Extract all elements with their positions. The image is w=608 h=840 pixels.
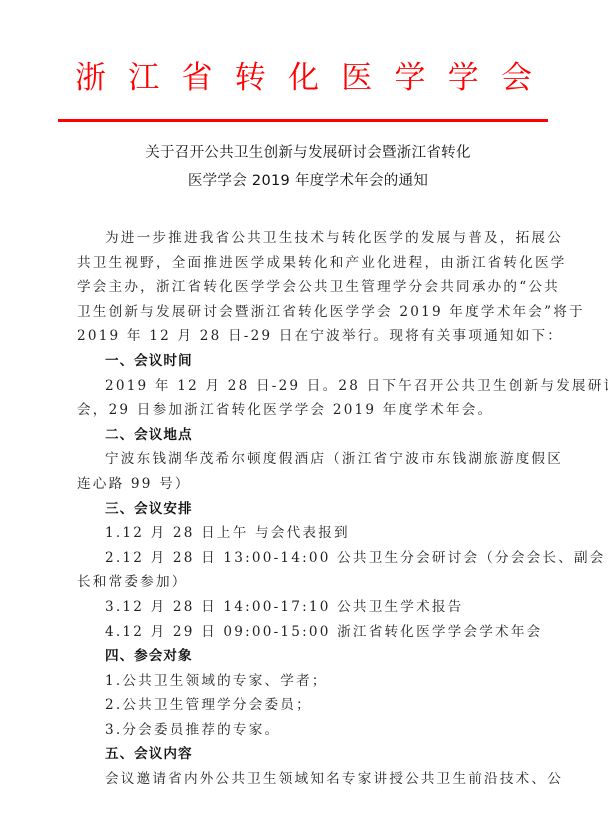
- title-line-2: 医学学会 2019 年度学术年会的通知: [0, 167, 608, 195]
- section-line: 会议邀请省内外公共卫生领域知名专家讲授公共卫生前沿技术、公: [77, 767, 517, 792]
- letterhead-char: 学: [448, 58, 479, 98]
- attendee-item: 3.分会委员推荐的专家。: [77, 718, 517, 743]
- section-heading: 三、会议安排: [77, 497, 517, 522]
- schedule-item: 2.12 月 28 日 13:00-14:00 公共卫生分会研讨会（分会会长、副…: [77, 546, 517, 571]
- letterhead-char: 江: [128, 58, 159, 98]
- letterhead-char: 省: [182, 58, 213, 98]
- intro-line: 为进一步推进我省公共卫生技术与转化医学的发展与普及，拓展公: [77, 226, 517, 251]
- document-title: 关于召开公共卫生创新与发展研讨会暨浙江省转化 医学学会 2019 年度学术年会的…: [0, 139, 608, 195]
- section-line: 宁波东钱湖华茂希尔顿度假酒店（浙江省宁波市东钱湖旅游度假区: [77, 447, 517, 472]
- letterhead-char: 医: [341, 58, 372, 98]
- schedule-item: 4.12 月 29 日 09:00-15:00 浙江省转化医学学会学术年会: [77, 620, 517, 645]
- section-meeting-content: 五、会议内容 会议邀请省内外公共卫生领域知名专家讲授公共卫生前沿技术、公: [77, 742, 517, 791]
- document-page: 浙 江 省 转 化 医 学 学 会 关于召开公共卫生创新与发展研讨会暨浙江省转化…: [0, 0, 608, 840]
- letterhead-char: 转: [235, 58, 266, 98]
- schedule-item: 1.12 月 28 日上午 与会代表报到: [77, 521, 517, 546]
- intro-line: 2019 年 12 月 28 日-29 日在宁波举行。现将有关事项通知如下：: [77, 324, 517, 349]
- letterhead-char: 学: [395, 58, 426, 98]
- section-line: 连心路 99 号）: [77, 472, 517, 497]
- letterhead-char: 化: [288, 58, 319, 98]
- document-body: 为进一步推进我省公共卫生技术与转化医学的发展与普及，拓展公 共卫生视野，全面推进…: [77, 226, 517, 792]
- intro-line: 卫生创新与发展研讨会暨浙江省转化医学学会 2019 年度学术年会”将于: [77, 300, 517, 325]
- attendee-item: 1.公共卫生领域的专家、学者；: [77, 669, 517, 694]
- section-heading: 四、参会对象: [77, 644, 517, 669]
- org-letterhead: 浙 江 省 转 化 医 学 学 会: [58, 58, 548, 98]
- section-heading: 二、会议地点: [77, 423, 517, 448]
- section-meeting-venue: 二、会议地点 宁波东钱湖华茂希尔顿度假酒店（浙江省宁波市东钱湖旅游度假区 连心路…: [77, 423, 517, 497]
- section-line: 2019 年 12 月 28 日-29 日。28 日下午召开公共卫生创新与发展研…: [77, 374, 517, 399]
- attendee-item: 2.公共卫生管理学分会委员；: [77, 693, 517, 718]
- schedule-item-continuation: 长和常委参加）: [77, 570, 517, 595]
- schedule-item: 3.12 月 28 日 14:00-17:10 公共卫生学术报告: [77, 595, 517, 620]
- letterhead-divider: [58, 119, 548, 122]
- section-meeting-time: 一、会议时间 2019 年 12 月 28 日-29 日。28 日下午召开公共卫…: [77, 349, 517, 423]
- intro-paragraph: 为进一步推进我省公共卫生技术与转化医学的发展与普及，拓展公 共卫生视野，全面推进…: [77, 226, 517, 349]
- intro-line: 学会主办，浙江省转化医学学会公共卫生管理学分会共同承办的“公共: [77, 275, 517, 300]
- section-meeting-schedule: 三、会议安排 1.12 月 28 日上午 与会代表报到 2.12 月 28 日 …: [77, 497, 517, 645]
- section-heading: 一、会议时间: [77, 349, 517, 374]
- letterhead-char: 浙: [75, 58, 106, 98]
- section-attendees: 四、参会对象 1.公共卫生领域的专家、学者； 2.公共卫生管理学分会委员； 3.…: [77, 644, 517, 742]
- section-line: 会，29 日参加浙江省转化医学学会 2019 年度学术年会。: [77, 398, 517, 423]
- title-line-1: 关于召开公共卫生创新与发展研讨会暨浙江省转化: [0, 139, 608, 167]
- intro-line: 共卫生视野，全面推进医学成果转化和产业化进程，由浙江省转化医学: [77, 251, 517, 276]
- section-heading: 五、会议内容: [77, 742, 517, 767]
- letterhead-char: 会: [501, 58, 532, 98]
